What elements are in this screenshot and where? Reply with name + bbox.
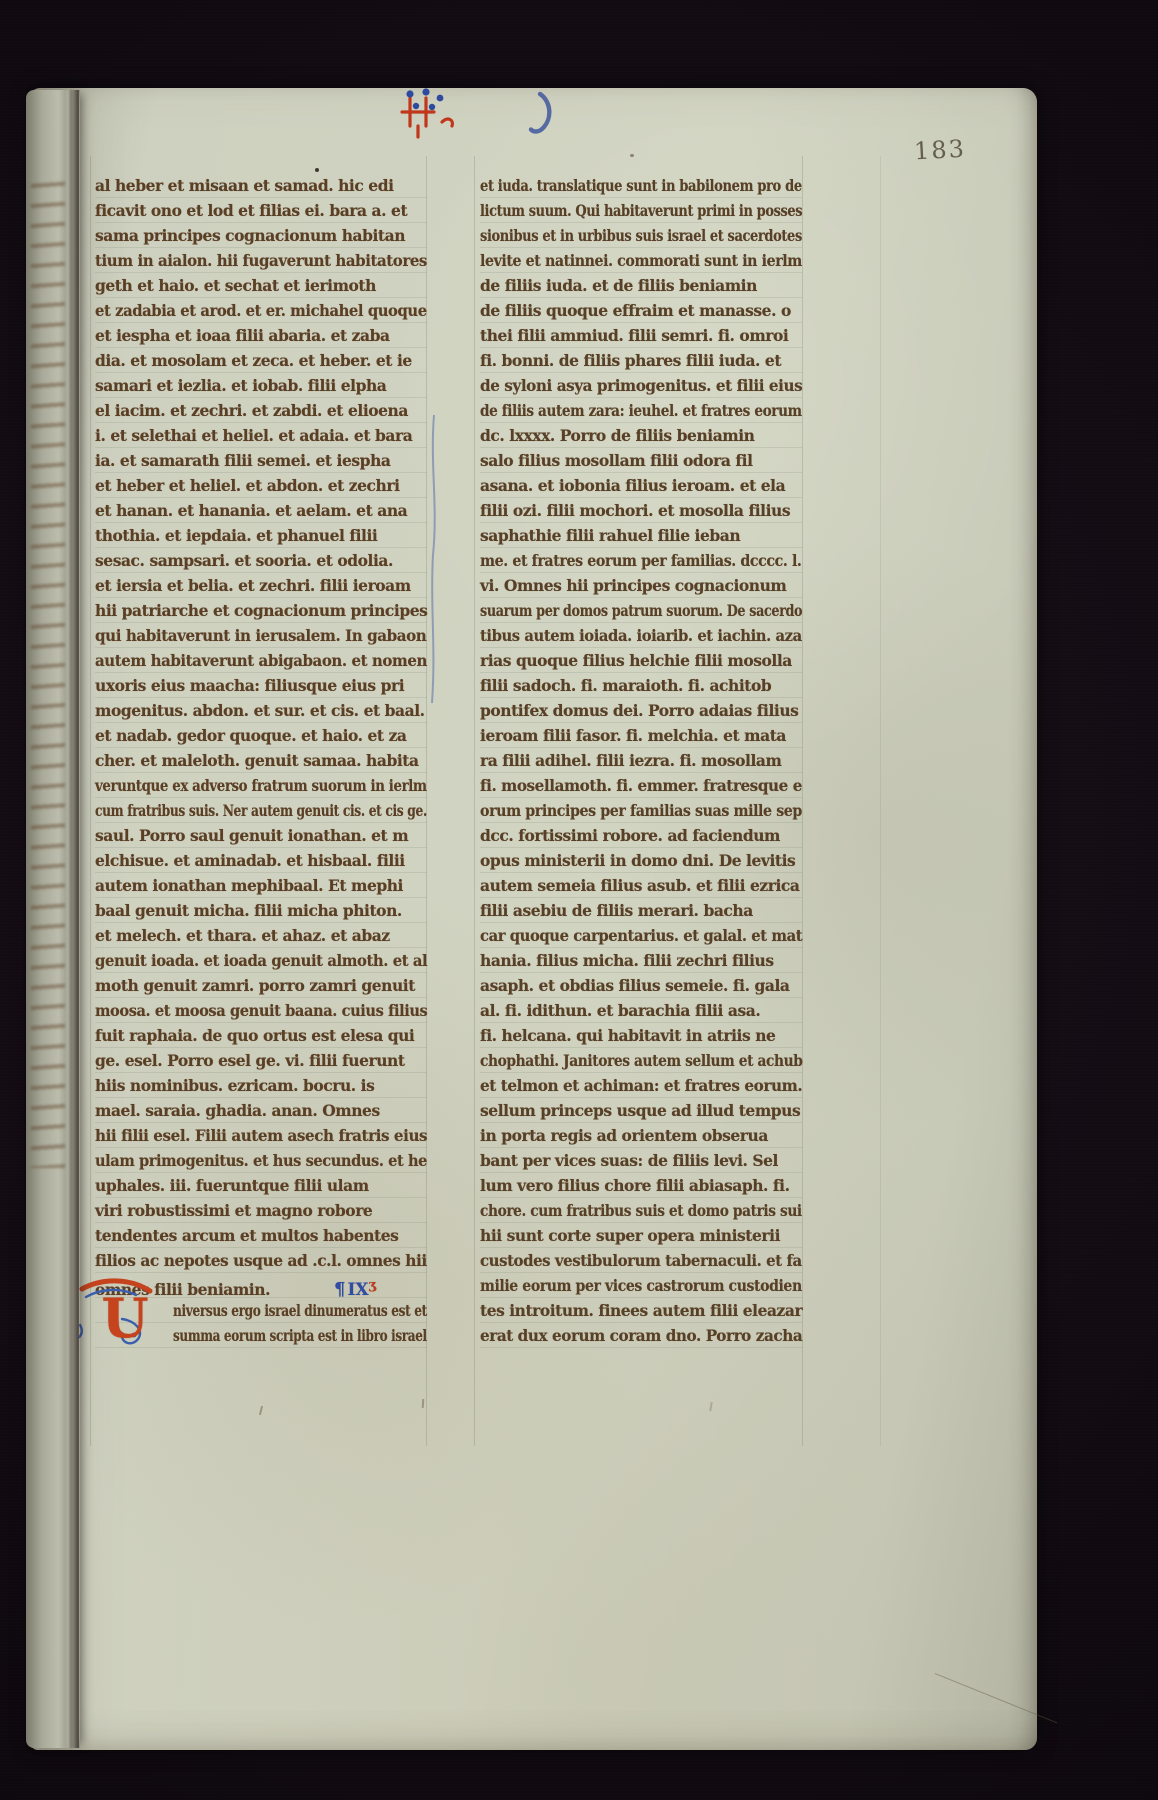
- manuscript-line: thothia. et iepdaia. et phanuel filii: [95, 523, 427, 548]
- manuscript-line: tium in aialon. hii fugaverunt habitator…: [95, 248, 427, 273]
- manuscript-line: thei filii ammiud. filii semri. fi. omro…: [480, 323, 802, 348]
- manuscript-line: de filiis autem zara: ieuhel. et fratres…: [480, 398, 802, 423]
- manuscript-line: tes introitum. finees autem filii eleaza…: [480, 1298, 802, 1323]
- manuscript-line: bant per vices suas: de filiis levi. Sel: [480, 1148, 802, 1173]
- manuscript-line: custodes vestibulorum tabernaculi. et fa: [480, 1248, 802, 1273]
- manuscript-line: ficavit ono et lod et filias ei. bara a.…: [95, 198, 427, 223]
- manuscript-line: mogenitus. abdon. et sur. et cis. et baa…: [95, 698, 427, 723]
- manuscript-line: dia. et mosolam et zeca. et heber. et ie: [95, 348, 427, 373]
- manuscript-line: qui habitaverunt in ierusalem. In gabaon: [95, 623, 427, 648]
- manuscript-line: hii sunt corte super opera ministerii: [480, 1223, 802, 1248]
- manuscript-line: me. et fratres eorum per familias. dcccc…: [480, 548, 802, 573]
- manuscript-line: fuit raphaia. de quo ortus est elesa qui: [95, 1023, 427, 1048]
- manuscript-line: et iersia et belia. et zechri. filii ier…: [95, 573, 427, 598]
- parchment-speck: [315, 168, 319, 172]
- manuscript-line: sama principes cognacionum habitan: [95, 223, 427, 248]
- manuscript-line: cum fratribus suis. Ner autem genuit cis…: [95, 798, 427, 823]
- manuscript-line: fi. mosellamoth. fi. emmer. fratresque e: [480, 773, 802, 798]
- manuscript-line: hania. filius micha. filii zechri filius: [480, 948, 802, 973]
- parchment-speck: [670, 986, 673, 989]
- rubric-paraph: ¶: [334, 1279, 345, 1300]
- initial-letter: U: [101, 1286, 148, 1350]
- photo-background: 183 al heber et misaan et samad. hic edi…: [0, 0, 1158, 1800]
- manuscript-line: sionibus et in urbibus suis israel et sa…: [480, 223, 802, 248]
- manuscript-line: et heber et heliel. et abdon. et zechri: [95, 473, 427, 498]
- prick-mark: [709, 1402, 713, 1411]
- manuscript-line: levite et natinnei. commorati sunt in ie…: [480, 248, 802, 273]
- manuscript-line: veruntque ex adverso fratrum suorum in i…: [95, 773, 427, 798]
- manuscript-line: al. fi. idithun. et barachia filii asa.: [480, 998, 802, 1023]
- manuscript-line: ieroam filii fasor. fi. melchia. et mata: [480, 723, 802, 748]
- prick-mark: [259, 1406, 263, 1415]
- manuscript-line: moosa. et moosa genuit baana. cuius fili…: [95, 998, 427, 1023]
- manuscript-line: baal genuit micha. filii micha phiton.: [95, 898, 427, 923]
- manuscript-line: et hanan. et hanania. et aelam. et ana: [95, 498, 427, 523]
- manuscript-line: chophathi. Janitores autem sellum et ach…: [480, 1048, 802, 1073]
- rubric-flour: ʒ: [369, 1278, 376, 1293]
- manuscript-line: opus ministerii in domo dni. De levitis: [480, 848, 802, 873]
- manuscript-line: pontifex domus dei. Porro adaias filius: [480, 698, 802, 723]
- manuscript-line: lictum suum. Qui habitaverunt primi in p…: [480, 198, 802, 223]
- manuscript-line: de filiis quoque effraim et manasse. o: [480, 298, 802, 323]
- manuscript-line: erat dux eorum coram dno. Porro zacha: [480, 1323, 802, 1348]
- manuscript-line: et nadab. gedor quoque. et haio. et za: [95, 723, 427, 748]
- manuscript-line: elchisue. et aminadab. et hisbaal. filii: [95, 848, 427, 873]
- prick-mark: [422, 1399, 425, 1408]
- manuscript-line: suarum per domos patrum suorum. De sacer…: [480, 598, 802, 623]
- manuscript-line: cher. et maleloth. genuit samaa. habita: [95, 748, 427, 773]
- manuscript-line: et melech. et thara. et ahaz. et abaz: [95, 923, 427, 948]
- manuscript-line: fi. helcana. qui habitavit in atriis ne: [480, 1023, 802, 1048]
- manuscript-line: i. et selethai et heliel. et adaia. et b…: [95, 423, 427, 448]
- manuscript-line: ia. et samarath filii semei. et iespha: [95, 448, 427, 473]
- manuscript-line: genuit ioada. et ioada genuit almoth. et…: [95, 948, 427, 973]
- penwork-header-ornament: [380, 86, 570, 140]
- manuscript-line: orum principes per familias suas mille s…: [480, 798, 802, 823]
- manuscript-line: de filiis iuda. et de filiis beniamin: [480, 273, 802, 298]
- manuscript-line: milie eorum per vices castrorum custodie…: [480, 1273, 802, 1298]
- manuscript-line: asaph. et obdias filius semeie. fi. gala: [480, 973, 802, 998]
- manuscript-line: salo filius mosollam filii odora fil: [480, 448, 802, 473]
- manuscript-line: et zadabia et arod. et er. michahel quoq…: [95, 298, 427, 323]
- manuscript-line: autem semeia filius asub. et filii ezric…: [480, 873, 802, 898]
- manuscript-line: de syloni asya primogenitus. et filii ei…: [480, 373, 802, 398]
- manuscript-line: ge. esel. Porro esel ge. vi. filii fueru…: [95, 1048, 427, 1073]
- manuscript-line: dc. lxxxx. Porro de filiis beniamin: [480, 423, 802, 448]
- manuscript-line: el iacim. et zechri. et zabdi. et elioen…: [95, 398, 427, 423]
- manuscript-line: filii asebiu de filiis merari. bacha: [480, 898, 802, 923]
- facing-page-edge: [26, 90, 80, 1748]
- parchment-speck: [630, 154, 634, 157]
- manuscript-line: rias quoque filius helchie filii mosolla: [480, 648, 802, 673]
- manuscript-line: moth genuit zamri. porro zamri genuit: [95, 973, 427, 998]
- manuscript-line: geth et haio. et sechat et ierimoth: [95, 273, 427, 298]
- ruling-line: [474, 156, 475, 1446]
- manuscript-line: al heber et misaan et samad. hic edi: [95, 173, 427, 198]
- manuscript-line: filii ozi. filii mochori. et mosolla fil…: [480, 498, 802, 523]
- manuscript-line: sesac. sampsari. et sooria. et odolia.: [95, 548, 427, 573]
- manuscript-line: et iuda. translatique sunt in babilonem …: [480, 173, 802, 198]
- manuscript-line: et iespha et ioaa filii abaria. et zaba: [95, 323, 427, 348]
- manuscript-line: chore. cum fratribus suis et domo patris…: [480, 1198, 802, 1223]
- manuscript-line: hii patriarche et cognacionum principes: [95, 598, 427, 623]
- manuscript-page: 183 al heber et misaan et samad. hic edi…: [30, 88, 1037, 1750]
- intercolumn-pen-mark: [426, 415, 444, 705]
- manuscript-line: lum vero filius chore filii abiasaph. fi…: [480, 1173, 802, 1198]
- manuscript-line: ra filii adihel. filii iezra. fi. mosoll…: [480, 748, 802, 773]
- ruling-line: [880, 156, 881, 1446]
- manuscript-line: uxoris eius maacha: filiusque eius pri: [95, 673, 427, 698]
- manuscript-line: saphathie filii rahuel filie ieban: [480, 523, 802, 548]
- manuscript-line: samari et iezlia. et iobab. filii elpha: [95, 373, 427, 398]
- manuscript-line: vi. Omnes hii principes cognacionum: [480, 573, 802, 598]
- manuscript-line: sellum princeps usque ad illud tempus: [480, 1098, 802, 1123]
- manuscript-line: asana. et iobonia filius ieroam. et ela: [480, 473, 802, 498]
- manuscript-line: fi. bonni. de filiis phares filii iuda. …: [480, 348, 802, 373]
- illuminated-initial: U: [88, 1289, 162, 1351]
- folio-number: 183: [913, 135, 966, 166]
- manuscript-line: autem ionathan mephibaal. Et mephi: [95, 873, 427, 898]
- manuscript-line: car quoque carpentarius. et galal. et ma…: [480, 923, 802, 948]
- ruling-line: [802, 156, 803, 1446]
- manuscript-line: autem habitaverunt abigabaon. et nomen: [95, 648, 427, 673]
- chapter-rubric: ¶IXʒ: [334, 1280, 376, 1299]
- manuscript-line: tibus autem ioiada. ioiarib. et iachin. …: [480, 623, 802, 648]
- manuscript-line: in porta regis ad orientem obserua: [480, 1123, 802, 1148]
- text-column-right: et iuda. translatique sunt in babilonem …: [480, 173, 802, 1358]
- manuscript-line: dcc. fortissimi robore. ad faciendum: [480, 823, 802, 848]
- manuscript-line: saul. Porro saul genuit ionathan. et m: [95, 823, 427, 848]
- manuscript-line: filii sadoch. fi. maraioth. fi. achitob: [480, 673, 802, 698]
- parchment-crease: [935, 1673, 1058, 1723]
- manuscript-line: et telmon et achiman: et fratres eorum.: [480, 1073, 802, 1098]
